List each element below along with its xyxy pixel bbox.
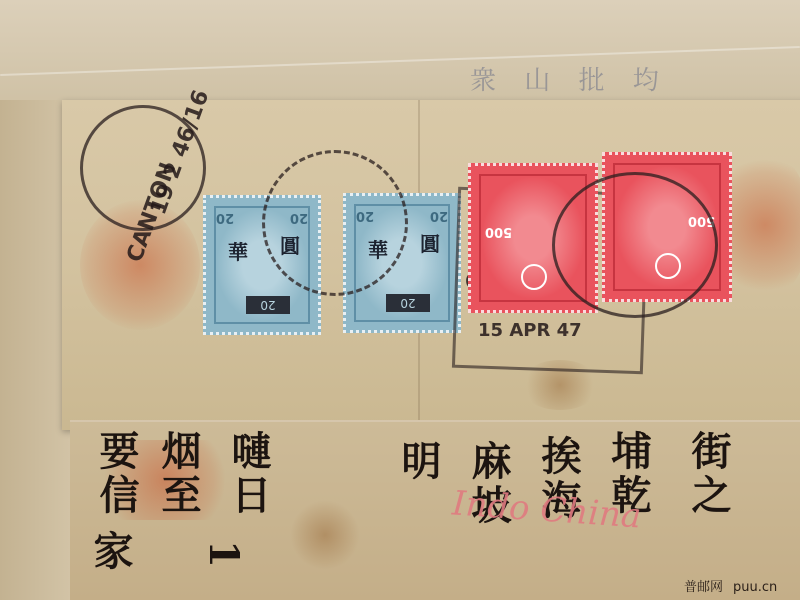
calligraphy-column: 1 <box>200 540 247 572</box>
postal-cover-photo: 衆 山 批 均 19 2 46/16 CANTON 20 20 華 圓 20 2… <box>0 0 800 600</box>
calligraphy-column: 嗹日 <box>220 430 277 518</box>
watermark-chinese: 普邮网 <box>684 580 723 595</box>
calligraphy-column: 要信 <box>88 430 145 518</box>
calligraphy-column: 家 <box>82 530 139 574</box>
stamp-value: 500 <box>485 224 512 239</box>
stamp-value: 20 <box>430 208 448 223</box>
site-watermark: 普邮网puu.cn <box>684 576 777 595</box>
stamp-value: 20 <box>216 210 234 225</box>
calligraphy-column: 街之 <box>680 430 737 518</box>
calligraphy-column: 烟至 <box>150 430 207 518</box>
chinese-circular-postmark <box>262 150 408 296</box>
pencil-writing: 衆 山 批 均 <box>470 60 669 97</box>
calligraphy-column: 明 <box>390 440 447 484</box>
red-seal-stain <box>720 150 800 300</box>
left-paper-strip <box>0 100 70 600</box>
water-stain <box>290 500 360 570</box>
watermark-site: puu.cn <box>733 580 777 595</box>
box-cancel-date: 15 APR 47 <box>478 320 582 341</box>
stamp-surcharge: 20 <box>246 296 290 314</box>
red-stamp-circular-postmark <box>552 172 718 318</box>
stamp-surcharge: 20 <box>386 294 430 312</box>
